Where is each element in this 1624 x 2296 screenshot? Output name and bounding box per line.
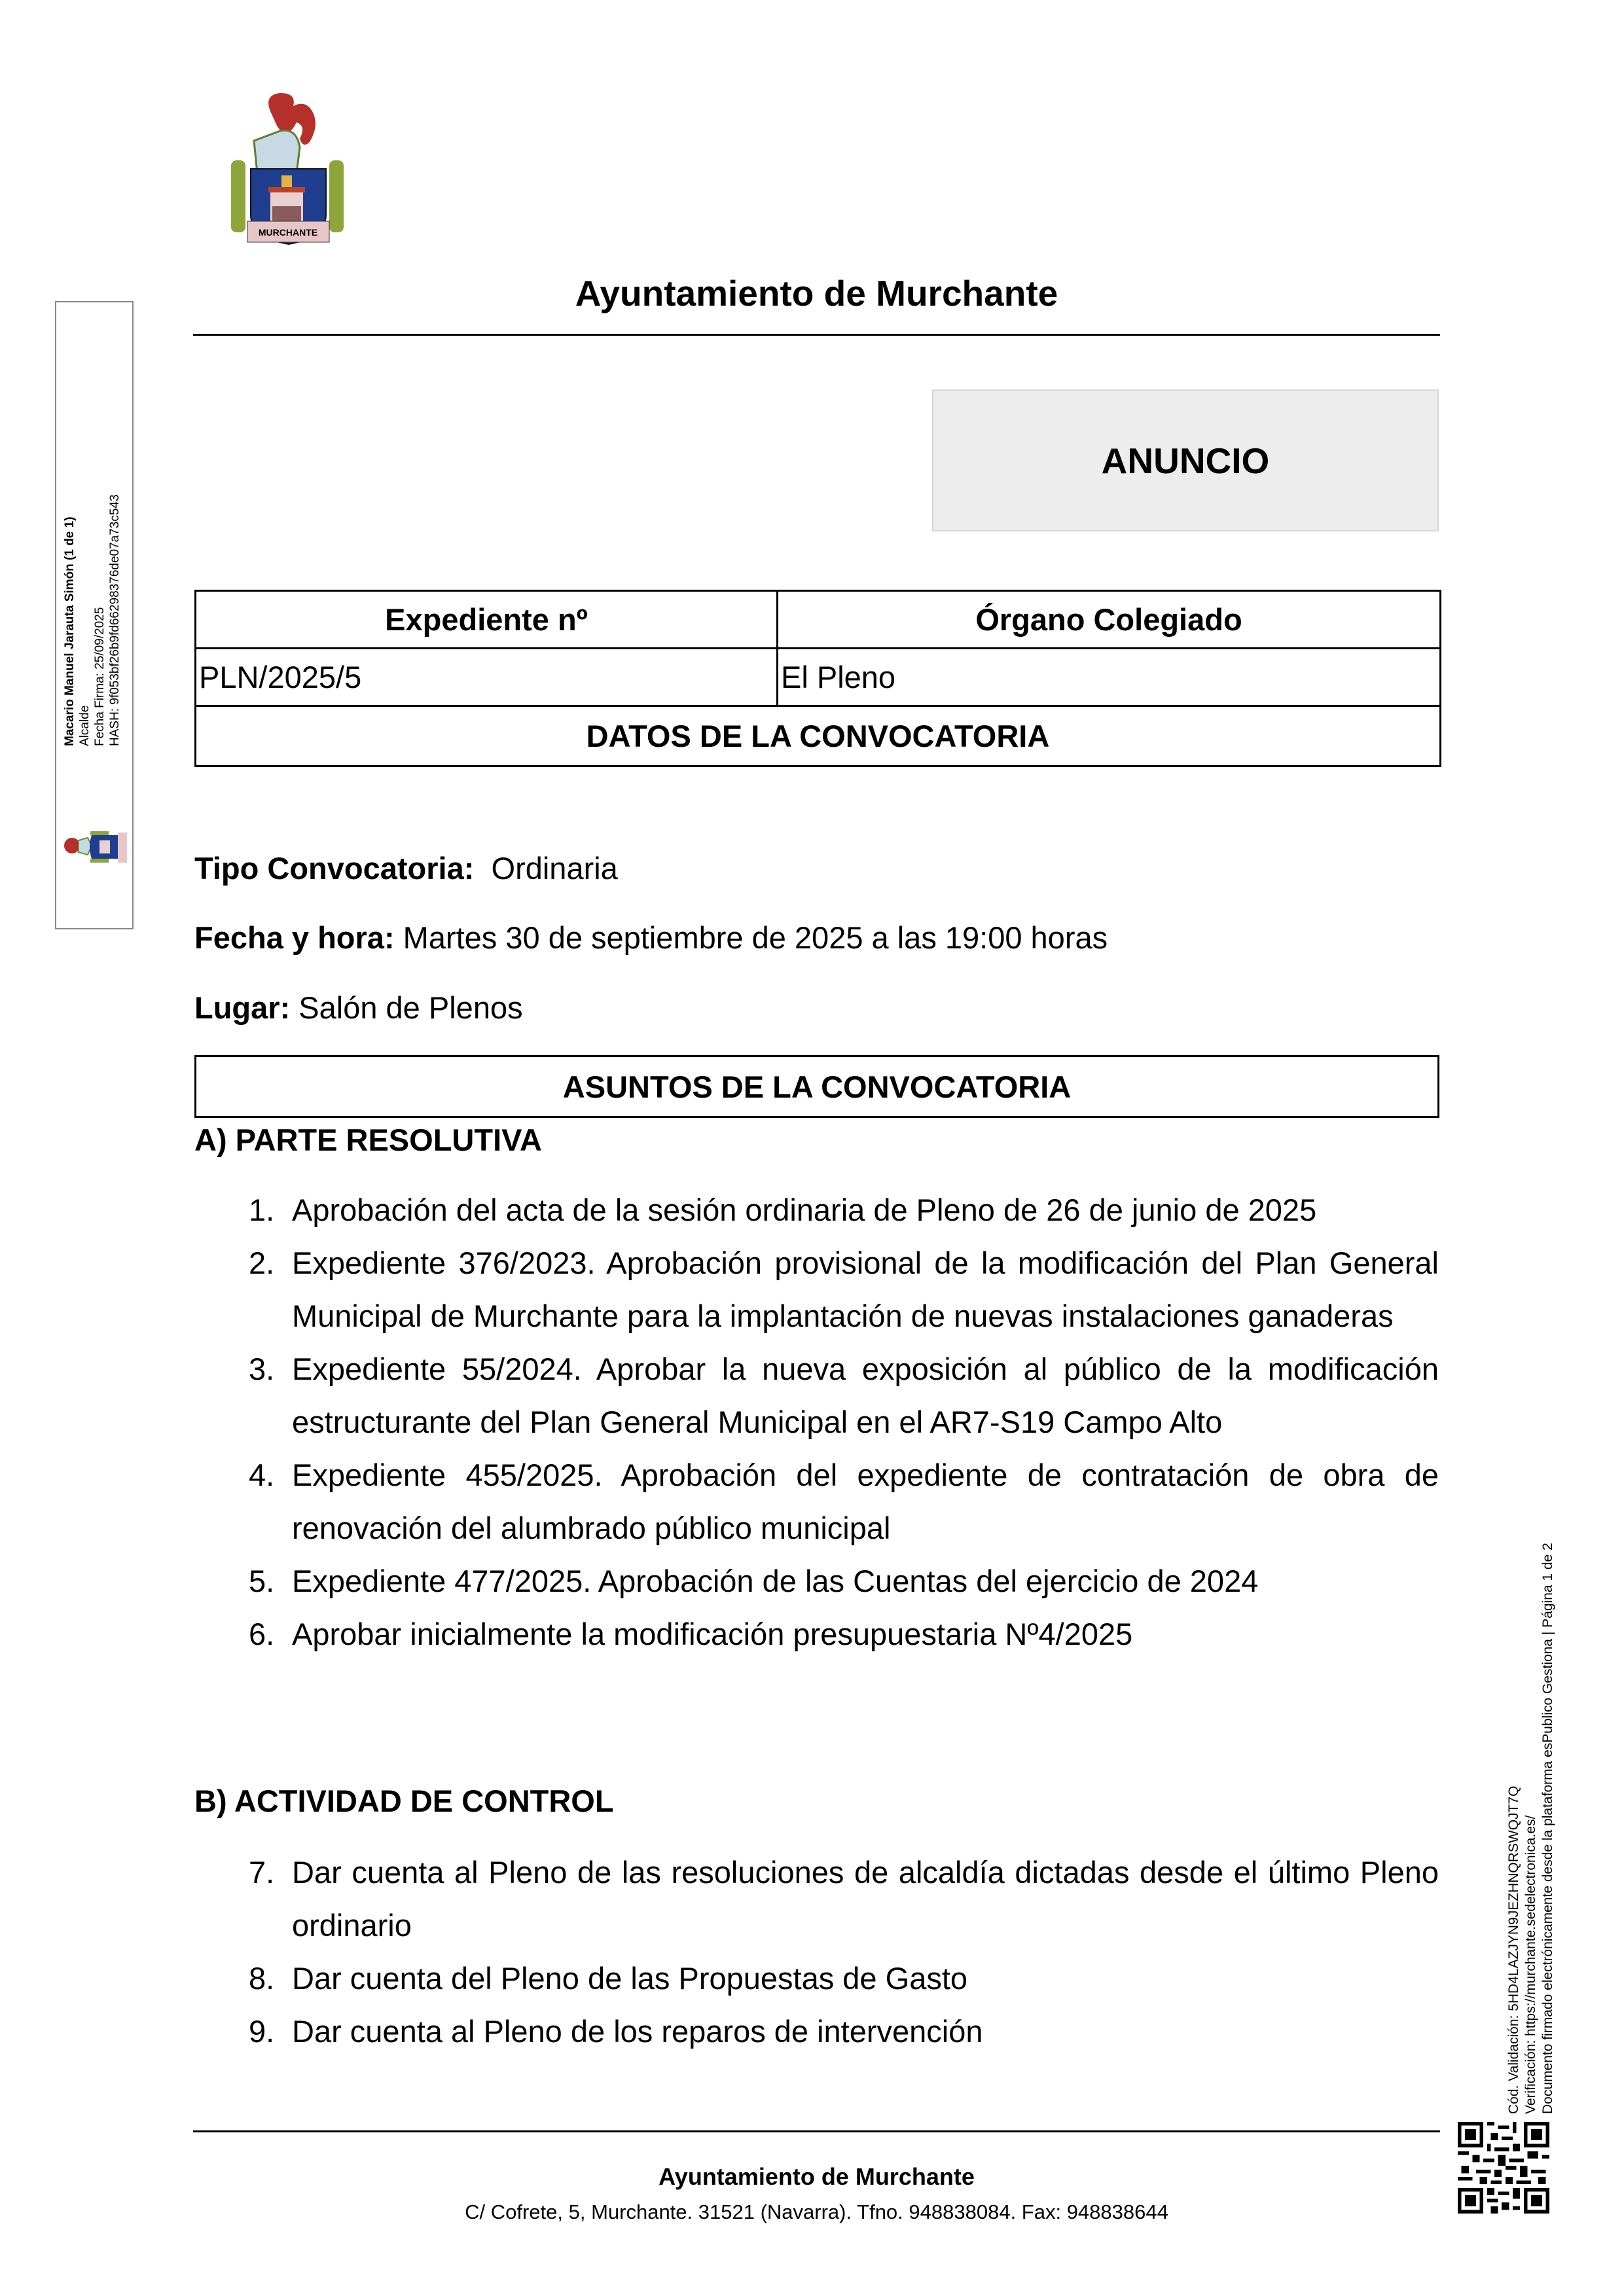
signer-name: Macario Manuel Jarauta Simón (1 de 1) <box>62 494 77 746</box>
list-item: 3.Expediente 55/2024. Aprobar la nueva e… <box>249 1342 1439 1448</box>
datos-convocatoria-heading: DATOS DE LA CONVOCATORIA <box>196 706 1441 766</box>
footer-divider <box>193 2130 1440 2132</box>
tipo-value: Ordinaria <box>492 851 618 886</box>
page-title: Ayuntamiento de Murchante <box>193 272 1440 315</box>
list-item: 6.Aprobar inicialmente la modificación p… <box>249 1607 1439 1660</box>
agenda-list-resolutiva: 1.Aprobación del acta de la sesión ordin… <box>249 1183 1439 1660</box>
list-item: 5.Expediente 477/2025. Aprobación de las… <box>249 1554 1439 1607</box>
list-item: 7.Dar cuenta al Pleno de las resolucione… <box>249 1846 1439 1952</box>
expediente-table: Expediente nº Órgano Colegiado PLN/2025/… <box>194 590 1441 767</box>
signature-date: Fecha Firma: 25/09/2025 <box>92 494 107 746</box>
asuntos-heading: ASUNTOS DE LA CONVOCATORIA <box>194 1055 1439 1118</box>
lugar-field: Lugar: Salón de Plenos <box>194 988 523 1028</box>
column-header-organo: Órgano Colegiado <box>778 591 1441 649</box>
agenda-list-control: 7.Dar cuenta al Pleno de las resolucione… <box>249 1846 1439 2058</box>
table-header-row: Expediente nº Órgano Colegiado <box>196 591 1441 649</box>
fecha-value: Martes 30 de septiembre de 2025 a las 19… <box>403 920 1108 955</box>
footer-address: C/ Cofrete, 5, Murchante. 31521 (Navarra… <box>193 2200 1440 2224</box>
qr-code-icon[interactable] <box>1458 2122 1549 2214</box>
section-title-actividad-control: B) ACTIVIDAD DE CONTROL <box>194 1782 614 1821</box>
signature-hash: HASH: 9f053bf26b9fd66298376de07a73c543 <box>107 494 122 746</box>
footer-organization: Ayuntamiento de Murchante <box>193 2163 1440 2191</box>
tipo-convocatoria-field: Tipo Convocatoria: Ordinaria <box>194 849 618 888</box>
list-item: 9.Dar cuenta al Pleno de los reparos de … <box>249 2005 1439 2058</box>
tipo-label: Tipo Convocatoria: <box>194 851 474 886</box>
column-header-expediente: Expediente nº <box>196 591 778 649</box>
document-type-badge: ANUNCIO <box>932 389 1439 531</box>
lugar-value: Salón de Plenos <box>298 990 522 1025</box>
validation-code: Cód. Validación: 5HD4LAZJYN9JEZHNQRSWQJT… <box>1506 1543 1523 2114</box>
table-section-row: DATOS DE LA CONVOCATORIA <box>196 706 1441 766</box>
table-row: PLN/2025/5 El Pleno <box>196 649 1441 706</box>
lugar-label: Lugar: <box>194 990 290 1025</box>
list-item: 2.Expediente 376/2023. Aprobación provis… <box>249 1236 1439 1342</box>
fecha-label: Fecha y hora: <box>194 920 395 955</box>
platform-notice: Documento firmado electrónicamente desde… <box>1540 1543 1557 2114</box>
header-divider <box>193 334 1440 336</box>
list-item: 1.Aprobación del acta de la sesión ordin… <box>249 1183 1439 1236</box>
verification-link[interactable]: Verificación: https://murchante.sedelect… <box>1523 1543 1540 2114</box>
signature-coat-of-arms-icon <box>60 826 132 869</box>
section-title-parte-resolutiva: A) PARTE RESOLUTIVA <box>194 1121 542 1160</box>
organo-value: El Pleno <box>778 649 1441 706</box>
expediente-value: PLN/2025/5 <box>196 649 778 706</box>
fecha-hora-field: Fecha y hora: Martes 30 de septiembre de… <box>194 918 1108 958</box>
coat-of-arms-logo: MURCHANTE <box>208 92 365 249</box>
svg-text:MURCHANTE: MURCHANTE <box>259 227 317 238</box>
list-item: 4.Expediente 455/2025. Aprobación del ex… <box>249 1448 1439 1554</box>
list-item: 8.Dar cuenta del Pleno de las Propuestas… <box>249 1952 1439 2005</box>
signer-role: Alcalde <box>77 494 92 746</box>
